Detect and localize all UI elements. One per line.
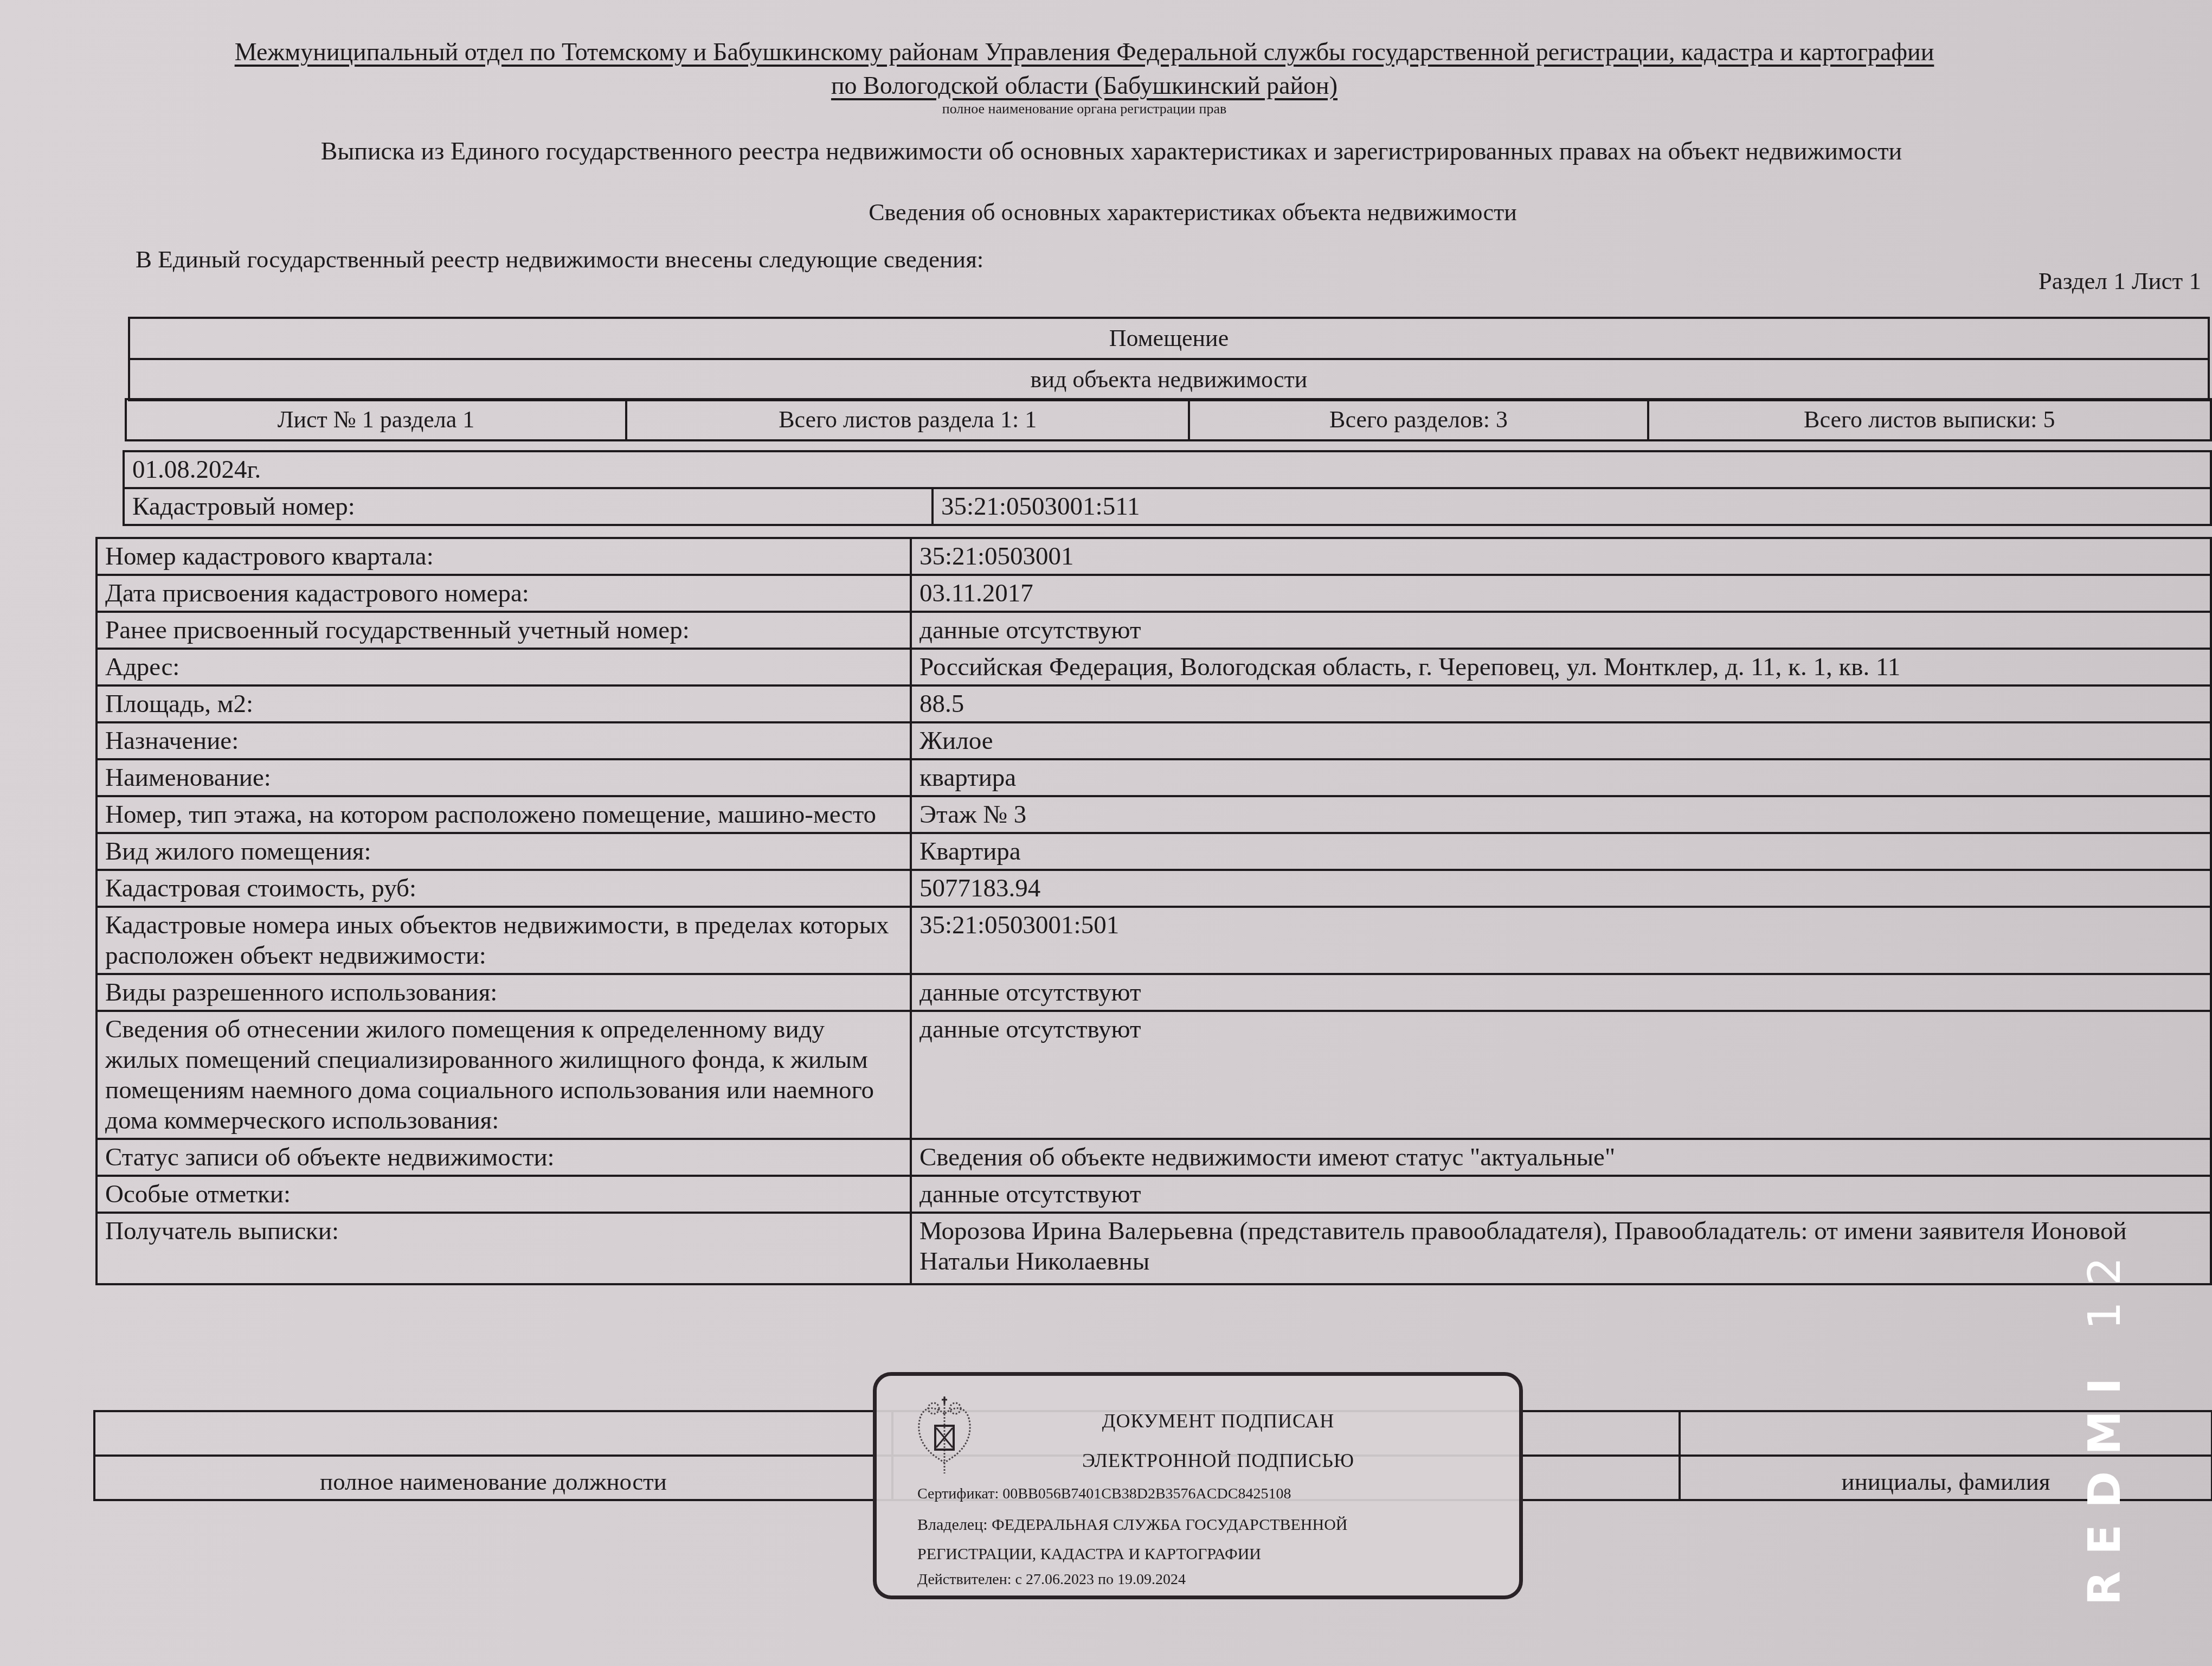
row-value: Жилое — [911, 722, 2211, 759]
name-field — [1680, 1411, 2212, 1456]
sheet-info-table: Лист № 1 раздела 1 Всего листов раздела … — [125, 398, 2212, 441]
org-line-1: Межмуниципальный отдел по Тотемскому и Б… — [235, 38, 1934, 66]
date-cadastral-table: 01.08.2024г. Кадастровый номер: 35:21:05… — [123, 450, 2212, 526]
table-row: Ранее присвоенный государственный учетны… — [97, 612, 2211, 649]
certificate-owner-line-1: Владелец: ФЕДЕРАЛЬНАЯ СЛУЖБА ГОСУДАРСТВЕ… — [917, 1516, 1347, 1534]
section-sheet-reference: Раздел 1 Лист 1 — [2039, 267, 2201, 295]
cadastral-number-value: 35:21:0503001:511 — [933, 488, 2211, 525]
row-label: Назначение: — [97, 722, 911, 759]
table-row: Дата присвоения кадастрового номера:03.1… — [97, 575, 2211, 612]
document-title: Выписка из Единого государственного реес… — [206, 137, 2017, 165]
row-label: Получатель выписки: — [97, 1213, 911, 1284]
object-type-table: Помещение вид объекта недвижимости — [128, 317, 2210, 401]
table-row: Наименование:квартира — [97, 759, 2211, 796]
row-label: Кадастровые номера иных объектов недвижи… — [97, 907, 911, 974]
sheets-total: Всего листов выписки: 5 — [1648, 399, 2211, 440]
certificate-validity: Действителен: с 27.06.2023 по 19.09.2024 — [917, 1571, 1186, 1588]
row-label: Адрес: — [97, 649, 911, 685]
sheet-number: Лист № 1 раздела 1 — [126, 399, 626, 440]
watermark-model: 12 — [2079, 1241, 2131, 1330]
row-value: квартира — [911, 759, 2211, 796]
cadastral-number-label: Кадастровый номер: — [124, 488, 933, 525]
registration-authority-name: Межмуниципальный отдел по Тотемскому и Б… — [146, 35, 2022, 102]
row-label: Особые отметки: — [97, 1176, 911, 1213]
table-row: Вид жилого помещения:Квартира — [97, 833, 2211, 870]
table-row: Назначение:Жилое — [97, 722, 2211, 759]
document-subtitle: Сведения об основных характеристиках объ… — [651, 198, 1735, 226]
sections-total: Всего разделов: 3 — [1189, 399, 1648, 440]
table-row: Адрес:Российская Федерация, Вологодская … — [97, 649, 2211, 685]
row-label: Сведения об отнесении жилого помещения к… — [97, 1011, 911, 1139]
row-label: Статус записи об объекте недвижимости: — [97, 1139, 911, 1176]
row-value: Квартира — [911, 833, 2211, 870]
object-type-value: Помещение — [129, 318, 2209, 359]
row-value: Сведения об объекте недвижимости имеют с… — [911, 1139, 2211, 1176]
intro-text: В Единый государственный реестр недвижим… — [136, 245, 983, 273]
characteristics-table: Номер кадастрового квартала:35:21:050300… — [95, 537, 2212, 1285]
table-row: Статус записи об объекте недвижимости:Св… — [97, 1139, 2211, 1176]
row-label: Кадастровая стоимость, руб: — [97, 870, 911, 907]
position-caption: полное наименование должности — [94, 1456, 892, 1500]
sheets-in-section: Всего листов раздела 1: 1 — [626, 399, 1189, 440]
row-label: Номер, тип этажа, на котором расположено… — [97, 796, 911, 833]
extract-date: 01.08.2024г. — [124, 451, 2211, 488]
row-value: 03.11.2017 — [911, 575, 2211, 612]
row-value: Российская Федерация, Вологодская област… — [911, 649, 2211, 685]
row-label: Дата присвоения кадастрового номера: — [97, 575, 911, 612]
table-row: Площадь, м2:88.5 — [97, 685, 2211, 722]
camera-watermark: REDMI 12 — [2079, 1241, 2131, 1605]
row-label: Виды разрешенного использования: — [97, 974, 911, 1011]
row-label: Вид жилого помещения: — [97, 833, 911, 870]
table-row: Номер, тип этажа, на котором расположено… — [97, 796, 2211, 833]
double-headed-eagle-icon — [915, 1392, 974, 1479]
org-line-2: по Вологодской области (Бабушкинский рай… — [831, 72, 1338, 99]
watermark-brand: REDMI — [2079, 1362, 2131, 1605]
row-label: Наименование: — [97, 759, 911, 796]
row-value: данные отсутствуют — [911, 1011, 2211, 1139]
row-value: 5077183.94 — [911, 870, 2211, 907]
row-value: Морозова Ирина Валерьевна (представитель… — [911, 1213, 2211, 1284]
table-row: Сведения об отнесении жилого помещения к… — [97, 1011, 2211, 1139]
electronic-signature-stamp: ДОКУМЕНТ ПОДПИСАН ЭЛЕКТРОННОЙ ПОДПИСЬЮ С… — [873, 1372, 1523, 1599]
certificate-owner-line-2: РЕГИСТРАЦИИ, КАДАСТРА И КАРТОГРАФИИ — [917, 1545, 1261, 1564]
table-row: Особые отметки:данные отсутствуют — [97, 1176, 2211, 1213]
row-label: Ранее присвоенный государственный учетны… — [97, 612, 911, 649]
row-value: 88.5 — [911, 685, 2211, 722]
table-row: Кадастровая стоимость, руб:5077183.94 — [97, 870, 2211, 907]
row-label: Номер кадастрового квартала: — [97, 538, 911, 575]
org-caption: полное наименование органа регистрации п… — [146, 101, 2022, 117]
table-row: Виды разрешенного использования:данные о… — [97, 974, 2211, 1011]
row-value: данные отсутствуют — [911, 1176, 2211, 1213]
certificate-number: Сертификат: 00BB056B7401CB38D2B3576ACDC8… — [917, 1485, 1291, 1503]
position-field — [94, 1411, 892, 1456]
row-value: данные отсутствуют — [911, 974, 2211, 1011]
row-value: данные отсутствуют — [911, 612, 2211, 649]
stamp-title-line-2: ЭЛЕКТРОННОЙ ПОДПИСЬЮ — [974, 1449, 1462, 1472]
row-value: 35:21:0503001 — [911, 538, 2211, 575]
document-page: Межмуниципальный отдел по Тотемскому и Б… — [0, 0, 2212, 1666]
table-row: Кадастровые номера иных объектов недвижи… — [97, 907, 2211, 974]
row-label: Площадь, м2: — [97, 685, 911, 722]
table-row: Номер кадастрового квартала:35:21:050300… — [97, 538, 2211, 575]
table-row: Получатель выписки:Морозова Ирина Валерь… — [97, 1213, 2211, 1284]
name-caption: инициалы, фамилия — [1680, 1456, 2212, 1500]
stamp-title-line-1: ДОКУМЕНТ ПОДПИСАН — [974, 1409, 1462, 1432]
row-value: 35:21:0503001:501 — [911, 907, 2211, 974]
row-value: Этаж № 3 — [911, 796, 2211, 833]
object-type-caption: вид объекта недвижимости — [129, 359, 2209, 400]
